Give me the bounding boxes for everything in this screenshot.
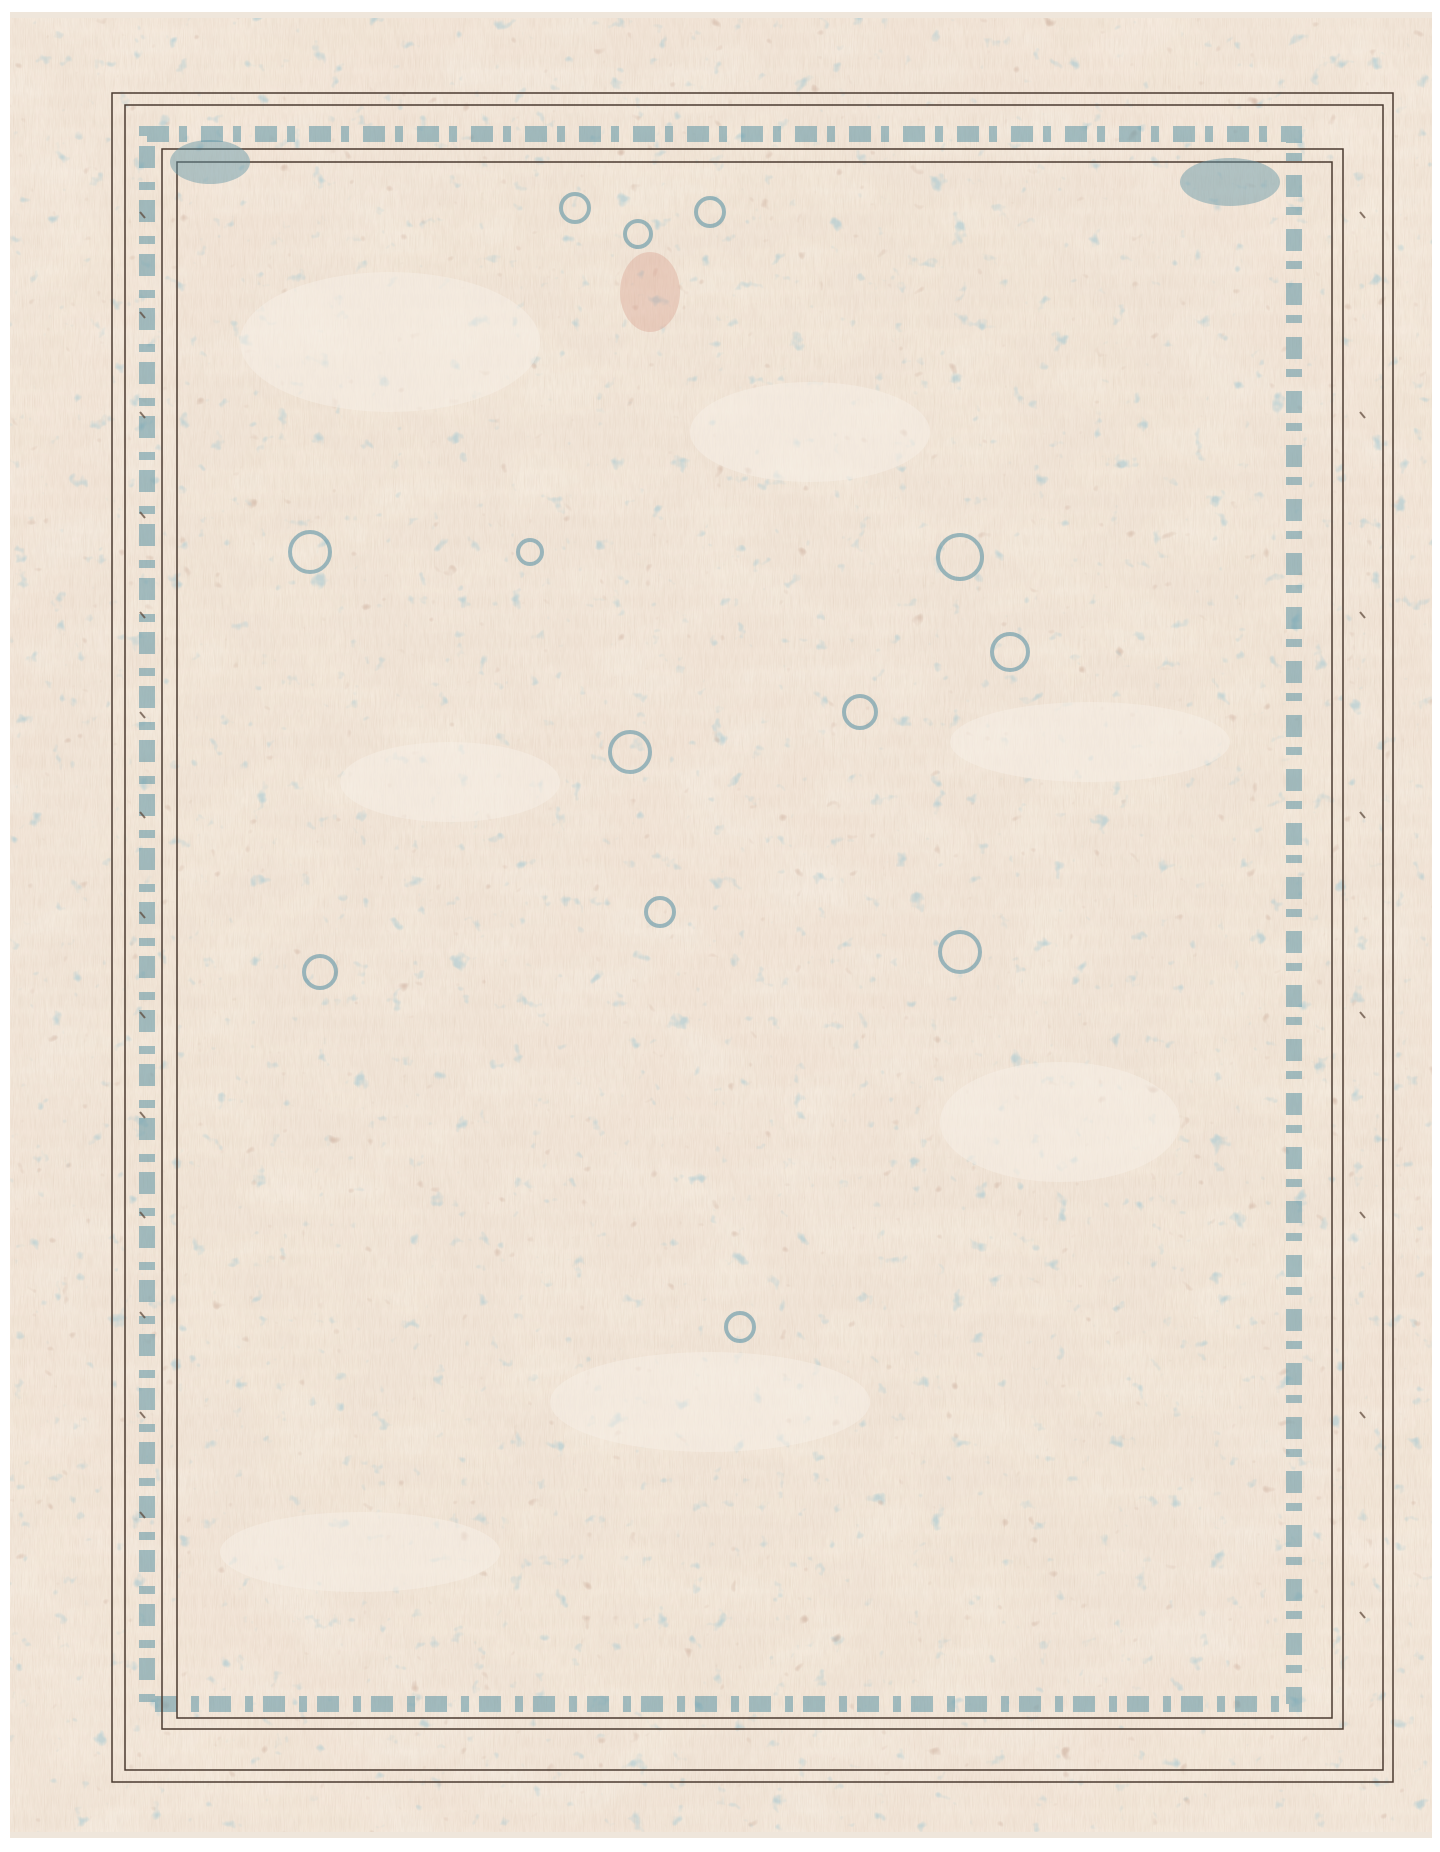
rug-image [10,12,1432,1838]
bottom-fringe [10,1832,1432,1838]
top-fringe [10,12,1432,18]
center-medallion [620,252,680,332]
rug-illustration [10,12,1432,1838]
